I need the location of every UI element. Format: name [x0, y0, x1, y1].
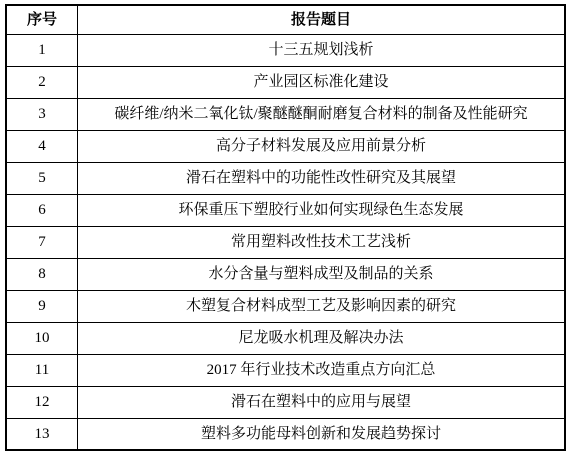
report-title-cell: 十三五规划浅析	[78, 34, 566, 66]
table-row: 9 木塑复合材料成型工艺及影响因素的研究	[6, 290, 565, 322]
report-title-cell: 滑石在塑料中的功能性改性研究及其展望	[78, 162, 566, 194]
row-number-cell: 2	[6, 66, 78, 98]
row-number-cell: 5	[6, 162, 78, 194]
report-title-cell: 木塑复合材料成型工艺及影响因素的研究	[78, 290, 566, 322]
report-title-cell: 水分含量与塑料成型及制品的关系	[78, 258, 566, 290]
report-title-cell: 2017 年行业技术改造重点方向汇总	[78, 354, 566, 386]
table-row: 3 碳纤维/纳米二氧化钛/聚醚醚酮耐磨复合材料的制备及性能研究	[6, 98, 565, 130]
row-number-cell: 12	[6, 386, 78, 418]
table-row: 6 环保重压下塑胶行业如何实现绿色生态发展	[6, 194, 565, 226]
header-cell-title: 报告题目	[78, 5, 566, 34]
table-row: 11 2017 年行业技术改造重点方向汇总	[6, 354, 565, 386]
report-title-cell: 碳纤维/纳米二氧化钛/聚醚醚酮耐磨复合材料的制备及性能研究	[78, 98, 566, 130]
row-number-cell: 9	[6, 290, 78, 322]
report-title-cell: 塑料多功能母料创新和发展趋势探讨	[78, 418, 566, 450]
table-row: 8 水分含量与塑料成型及制品的关系	[6, 258, 565, 290]
report-title-cell: 滑石在塑料中的应用与展望	[78, 386, 566, 418]
row-number-cell: 3	[6, 98, 78, 130]
table-row: 10 尼龙吸水机理及解决办法	[6, 322, 565, 354]
table-row: 13 塑料多功能母料创新和发展趋势探讨	[6, 418, 565, 450]
header-cell-index: 序号	[6, 5, 78, 34]
row-number-cell: 13	[6, 418, 78, 450]
header-row: 序号 报告题目	[6, 5, 565, 34]
table-row: 2 产业园区标准化建设	[6, 66, 565, 98]
row-number-cell: 7	[6, 226, 78, 258]
row-number-cell: 11	[6, 354, 78, 386]
row-number-cell: 6	[6, 194, 78, 226]
row-number-cell: 10	[6, 322, 78, 354]
table-row: 1 十三五规划浅析	[6, 34, 565, 66]
table-row: 4 高分子材料发展及应用前景分析	[6, 130, 565, 162]
table-row: 5 滑石在塑料中的功能性改性研究及其展望	[6, 162, 565, 194]
report-title-cell: 常用塑料改性技术工艺浅析	[78, 226, 566, 258]
row-number-cell: 1	[6, 34, 78, 66]
report-table: 序号 报告题目 1 十三五规划浅析 2 产业园区标准化建设 3 碳纤维/纳米二氧…	[5, 4, 566, 451]
row-number-cell: 4	[6, 130, 78, 162]
report-title-cell: 环保重压下塑胶行业如何实现绿色生态发展	[78, 194, 566, 226]
report-title-cell: 产业园区标准化建设	[78, 66, 566, 98]
table-row: 12 滑石在塑料中的应用与展望	[6, 386, 565, 418]
report-title-cell: 高分子材料发展及应用前景分析	[78, 130, 566, 162]
document-page: 序号 报告题目 1 十三五规划浅析 2 产业园区标准化建设 3 碳纤维/纳米二氧…	[0, 0, 571, 454]
row-number-cell: 8	[6, 258, 78, 290]
report-title-cell: 尼龙吸水机理及解决办法	[78, 322, 566, 354]
table-row: 7 常用塑料改性技术工艺浅析	[6, 226, 565, 258]
